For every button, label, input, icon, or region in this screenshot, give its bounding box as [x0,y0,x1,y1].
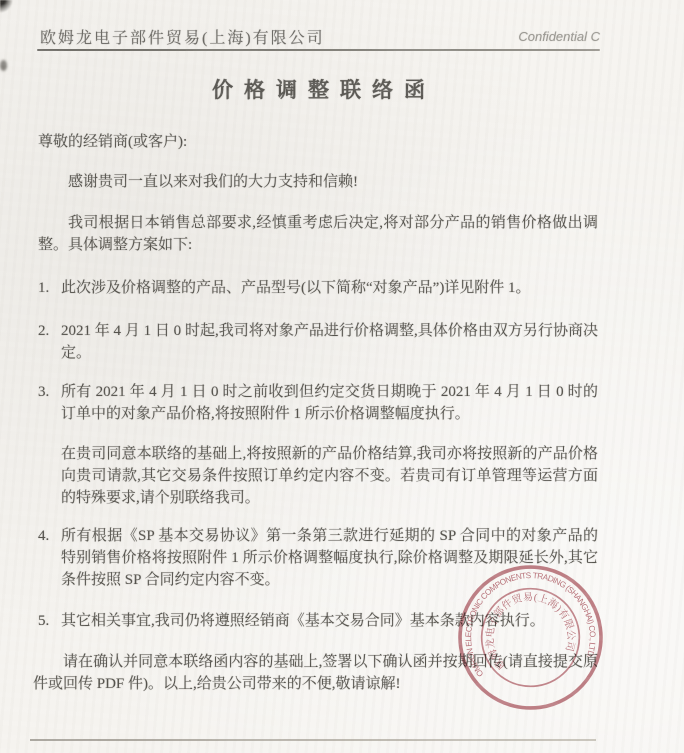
confidential-label: Confidential C [508,29,600,44]
list-item-text: 所有 2021 年 4 月 1 日 0 时之前收到但约定交货日期晚于 2021 … [61,381,598,425]
scanned-letter-page: 欧姆龙电子部件贸易(上海)有限公司 Confidential C 价格调整联络函… [0,0,684,753]
seal-chinese-text: 欧姆龙电子部件贸易(上海)有限公司 [477,585,580,673]
list-item-1: 1. 此次涉及价格调整的产品、产品型号(以下简称“对象产品”)详见附件 1。 [38,277,598,299]
seal-english-text: OMRON ELECTRONIC COMPONENTS TRADING (SHA… [455,562,600,679]
company-seal-stamp: OMRON ELECTRONIC COMPONENTS TRADING (SHA… [454,561,607,714]
paragraph-intro: 我司根据日本销售总部要求,经慎重考虑后决定,将对部分产品的销售价格做出调整。具体… [38,212,598,256]
list-item-text: 2021 年 4 月 1 日 0 时起,我司将对象产品进行价格调整,具体价格由双… [61,320,598,364]
list-item-text: 此次涉及价格调整的产品、产品型号(以下简称“对象产品”)详见附件 1。 [61,277,598,299]
list-item-number: 2. [38,320,61,364]
header-rule [37,49,600,51]
header-company-name: 欧姆龙电子部件贸易(上海)有限公司 [40,25,325,48]
list-item-2: 2. 2021 年 4 月 1 日 0 时起,我司将对象产品进行价格调整,具体价… [38,320,598,364]
list-item-3-subparagraph: 在贵司同意本联络的基础上,将按照新的产品价格结算,我司亦将按照新的产品价格向贵司… [61,443,598,509]
list-item-number: 1. [38,277,61,299]
paragraph-thanks: 感谢贵司一直以来对我们的大力支持和信赖! [38,171,598,193]
list-item-number: 5. [38,610,61,632]
scan-artifact-corner [0,0,18,18]
list-item-number: 3. [38,381,61,425]
page-title: 价格调整联络函 [37,74,600,104]
salutation: 尊敬的经销商(或客户): [38,131,598,153]
seal-outer-ring [454,561,607,714]
list-item-number: 4. [38,525,61,591]
footer-rule [30,739,596,741]
list-item-3: 3. 所有 2021 年 4 月 1 日 0 时之前收到但约定交货日期晚于 20… [38,381,598,425]
scan-artifact-dot [0,60,7,71]
